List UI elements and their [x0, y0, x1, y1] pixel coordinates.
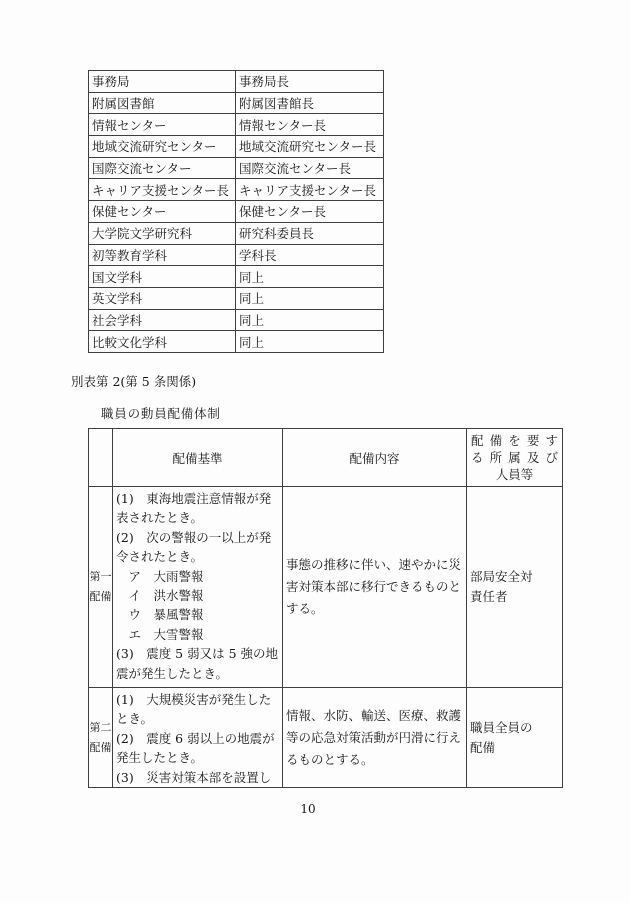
- head-cell: 事務局長: [236, 71, 384, 93]
- table-row: 社会学科 同上: [89, 309, 384, 331]
- document-page: 事務局 事務局長 附属図書館 附属図書館長 情報センター 情報センター長 地域交…: [0, 0, 630, 903]
- criteria-header-cell: 配備基準: [113, 429, 283, 487]
- table-row: 大学院文学研究科 研究科委員長: [89, 222, 384, 244]
- unit-cell: 地域交流研究センター: [89, 136, 236, 158]
- personnel-header-line: る所属及び: [471, 449, 558, 466]
- deployment-row-first: 第一 配備 (1) 東海地震注意情報が発 表されたとき。 (2) 次の警報の一以…: [89, 487, 563, 688]
- unit-cell: 英文学科: [89, 287, 236, 309]
- table-row: 附属図書館 附属図書館長: [89, 92, 384, 114]
- unit-cell: 初等教育学科: [89, 244, 236, 266]
- head-cell: キャリア支援センター長: [236, 179, 384, 201]
- appendix-label: 別表第 2(第 5 条関係): [71, 372, 196, 390]
- content-cell: 事態の推移に伴い、速やかに災 害対策本部に移行できるものと する。: [283, 487, 467, 688]
- head-cell: 国際交流センター長: [236, 157, 384, 179]
- head-cell: 同上: [236, 331, 384, 353]
- table-row: 情報センター 情報センター長: [89, 114, 384, 136]
- personnel-cell: 職員全員の 配備: [467, 688, 563, 788]
- table-row: 保健センター 保健センター長: [89, 201, 384, 223]
- personnel-header-cell: 配備を要す る所属及び 人員等: [467, 429, 563, 487]
- personnel-header-line: 配備を要す: [471, 432, 558, 449]
- unit-cell: 大学院文学研究科: [89, 222, 236, 244]
- unit-cell: 附属図書館: [89, 92, 236, 114]
- table-row: 国際交流センター 国際交流センター長: [89, 157, 384, 179]
- deployment-row-second: 第二 配備 (1) 大規模災害が発生した とき。 (2) 震度 6 弱以上の地震…: [89, 688, 563, 788]
- level-header-cell: [89, 429, 113, 487]
- level-cell: 第一 配備: [89, 487, 113, 688]
- head-cell: 保健センター長: [236, 201, 384, 223]
- unit-cell: キャリア支援センター長: [89, 179, 236, 201]
- head-cell: 学科長: [236, 244, 384, 266]
- unit-cell: 国際交流センター: [89, 157, 236, 179]
- unit-cell: 国文学科: [89, 266, 236, 288]
- org-units-table: 事務局 事務局長 附属図書館 附属図書館長 情報センター 情報センター長 地域交…: [88, 70, 384, 353]
- unit-cell: 保健センター: [89, 201, 236, 223]
- content-cell: 情報、水防、輸送、医療、救護 等の応急対策活動が円滑に行え るものとする。: [283, 688, 467, 788]
- content-header-cell: 配備内容: [283, 429, 467, 487]
- unit-cell: 情報センター: [89, 114, 236, 136]
- page-number: 10: [0, 802, 616, 816]
- criteria-cell: (1) 東海地震注意情報が発 表されたとき。 (2) 次の警報の一以上が発 令さ…: [113, 487, 283, 688]
- head-cell: 同上: [236, 309, 384, 331]
- personnel-header-line: 人員等: [471, 466, 558, 483]
- table-row: 地域交流研究センター 地域交流研究センター長: [89, 136, 384, 158]
- personnel-cell: 部局安全対 責任者: [467, 487, 563, 688]
- table-row: キャリア支援センター長 キャリア支援センター長: [89, 179, 384, 201]
- deployment-table: 配備基準 配備内容 配備を要す る所属及び 人員等 第一 配備 (1) 東海地震…: [88, 428, 563, 788]
- table-row: 初等教育学科 学科長: [89, 244, 384, 266]
- head-cell: 地域交流研究センター長: [236, 136, 384, 158]
- level-cell: 第二 配備: [89, 688, 113, 788]
- deployment-table-title: 職員の動員配備体制: [101, 404, 221, 422]
- table-row: 事務局 事務局長: [89, 71, 384, 93]
- head-cell: 同上: [236, 287, 384, 309]
- deployment-header-row: 配備基準 配備内容 配備を要す る所属及び 人員等: [89, 429, 563, 487]
- table-row: 比較文化学科 同上: [89, 331, 384, 353]
- unit-cell: 比較文化学科: [89, 331, 236, 353]
- table-row: 英文学科 同上: [89, 287, 384, 309]
- unit-cell: 事務局: [89, 71, 236, 93]
- unit-cell: 社会学科: [89, 309, 236, 331]
- head-cell: 研究科委員長: [236, 222, 384, 244]
- head-cell: 情報センター長: [236, 114, 384, 136]
- table-row: 国文学科 同上: [89, 266, 384, 288]
- head-cell: 同上: [236, 266, 384, 288]
- criteria-cell: (1) 大規模災害が発生した とき。 (2) 震度 6 弱以上の地震が 発生した…: [113, 688, 283, 788]
- head-cell: 附属図書館長: [236, 92, 384, 114]
